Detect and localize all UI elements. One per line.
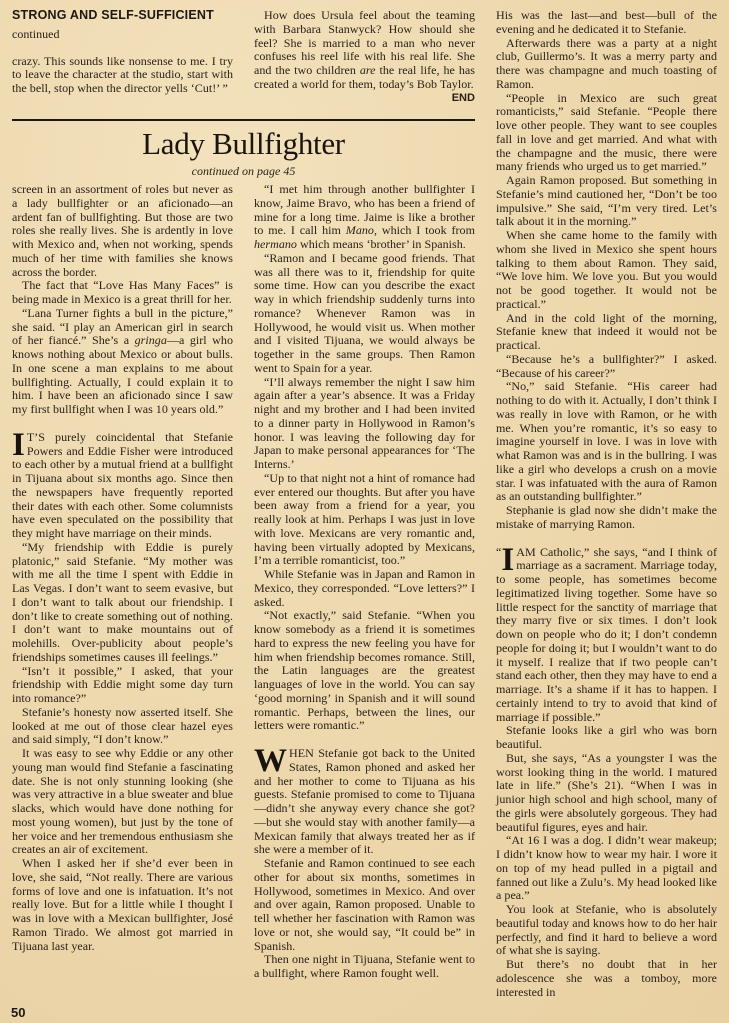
- paragraph: Afterwards there was a party at a night …: [496, 37, 717, 92]
- article-continuation-note: continued on page 45: [12, 164, 475, 179]
- prev-article-paragraph: crazy. This sounds like nonsense to me. …: [12, 55, 233, 96]
- prev-article-heading: STRONG AND SELF-SUFFICIENT: [12, 9, 233, 23]
- paragraph: Then one night in Tijuana, Stefanie went…: [254, 953, 475, 981]
- drop-cap: I: [501, 547, 514, 573]
- paragraph: It was easy to see why Eddie or any othe…: [12, 747, 233, 857]
- paragraph: “Up to that night not a hint of romance …: [254, 472, 475, 568]
- paragraph: “I’ll always remember the night I saw hi…: [254, 376, 475, 472]
- prev-article-col1: STRONG AND SELF-SUFFICIENT continued cra…: [12, 9, 233, 96]
- paragraph: The fact that “Love Has Many Faces” is b…: [12, 279, 233, 307]
- paragraph: “Not exactly,” said Stefanie. “When you …: [254, 609, 475, 733]
- magazine-page: STRONG AND SELF-SUFFICIENT continued cra…: [0, 0, 729, 1023]
- paragraph: “Ramon and I became good friends. That w…: [254, 252, 475, 376]
- paragraph: “At 16 I was a dog. I didn’t wear makeup…: [496, 834, 717, 903]
- end-mark: END: [442, 92, 475, 106]
- paragraph: WHEN Stefanie got back to the United Sta…: [254, 747, 475, 857]
- prev-article-col2: How does Ursula feel about the teaming w…: [254, 9, 475, 105]
- article-title: Lady Bullfighter: [12, 126, 475, 162]
- paragraph: Stefanie’s honesty now asserted itself. …: [12, 706, 233, 747]
- paragraph: “My friendship with Eddie is purely plat…: [12, 541, 233, 665]
- paragraph: Stefanie looks like a girl who was born …: [496, 724, 717, 752]
- drop-cap: I: [12, 432, 25, 458]
- paragraph: Stephanie is glad now she didn’t make th…: [496, 504, 717, 532]
- paragraph: His was the last—and best—bull of the ev…: [496, 9, 717, 37]
- paragraph: “IAM Catholic,” she says, “and I think o…: [496, 546, 717, 725]
- article-col3: His was the last—and best—bull of the ev…: [496, 9, 717, 999]
- article-col2: “I met him through another bullfighter I…: [254, 183, 475, 981]
- prev-article-paragraph: How does Ursula feel about the teaming w…: [254, 9, 475, 92]
- paragraph: And in the cold light of the morning, St…: [496, 312, 717, 353]
- paragraph: “Because he’s a bullfighter?” I asked. “…: [496, 353, 717, 381]
- paragraph: “People in Mexico are such great romanti…: [496, 92, 717, 175]
- drop-cap: W: [254, 748, 287, 774]
- section-divider: [12, 119, 475, 121]
- paragraph: IT’S purely coincidental that Stefanie P…: [12, 431, 233, 541]
- paragraph: When she came home to the family with wh…: [496, 229, 717, 312]
- paragraph: “Lana Turner fights a bull in the pictur…: [12, 307, 233, 417]
- article-col1: screen in an assortment of roles but nev…: [12, 183, 233, 953]
- paragraph: Stefanie and Ramon continued to see each…: [254, 857, 475, 953]
- continued-label: continued: [12, 28, 233, 42]
- paragraph: “No,” said Stefanie. “His career had not…: [496, 380, 717, 504]
- paragraph: You look at Stefanie, who is absolutely …: [496, 903, 717, 958]
- paragraph: “I met him through another bullfighter I…: [254, 183, 475, 252]
- paragraph: “Isn’t it possible,” I asked, that your …: [12, 665, 233, 706]
- paragraph: screen in an assortment of roles but nev…: [12, 183, 233, 279]
- paragraph: Again Ramon proposed. But something in S…: [496, 174, 717, 229]
- paragraph: But, she says, “As a youngster I was the…: [496, 752, 717, 835]
- paragraph: But there’s no doubt that in her adolesc…: [496, 958, 717, 999]
- paragraph: While Stefanie was in Japan and Ramon in…: [254, 568, 475, 609]
- paragraph: When I asked her if she’d ever been in l…: [12, 857, 233, 953]
- page-number: 50: [11, 1005, 25, 1020]
